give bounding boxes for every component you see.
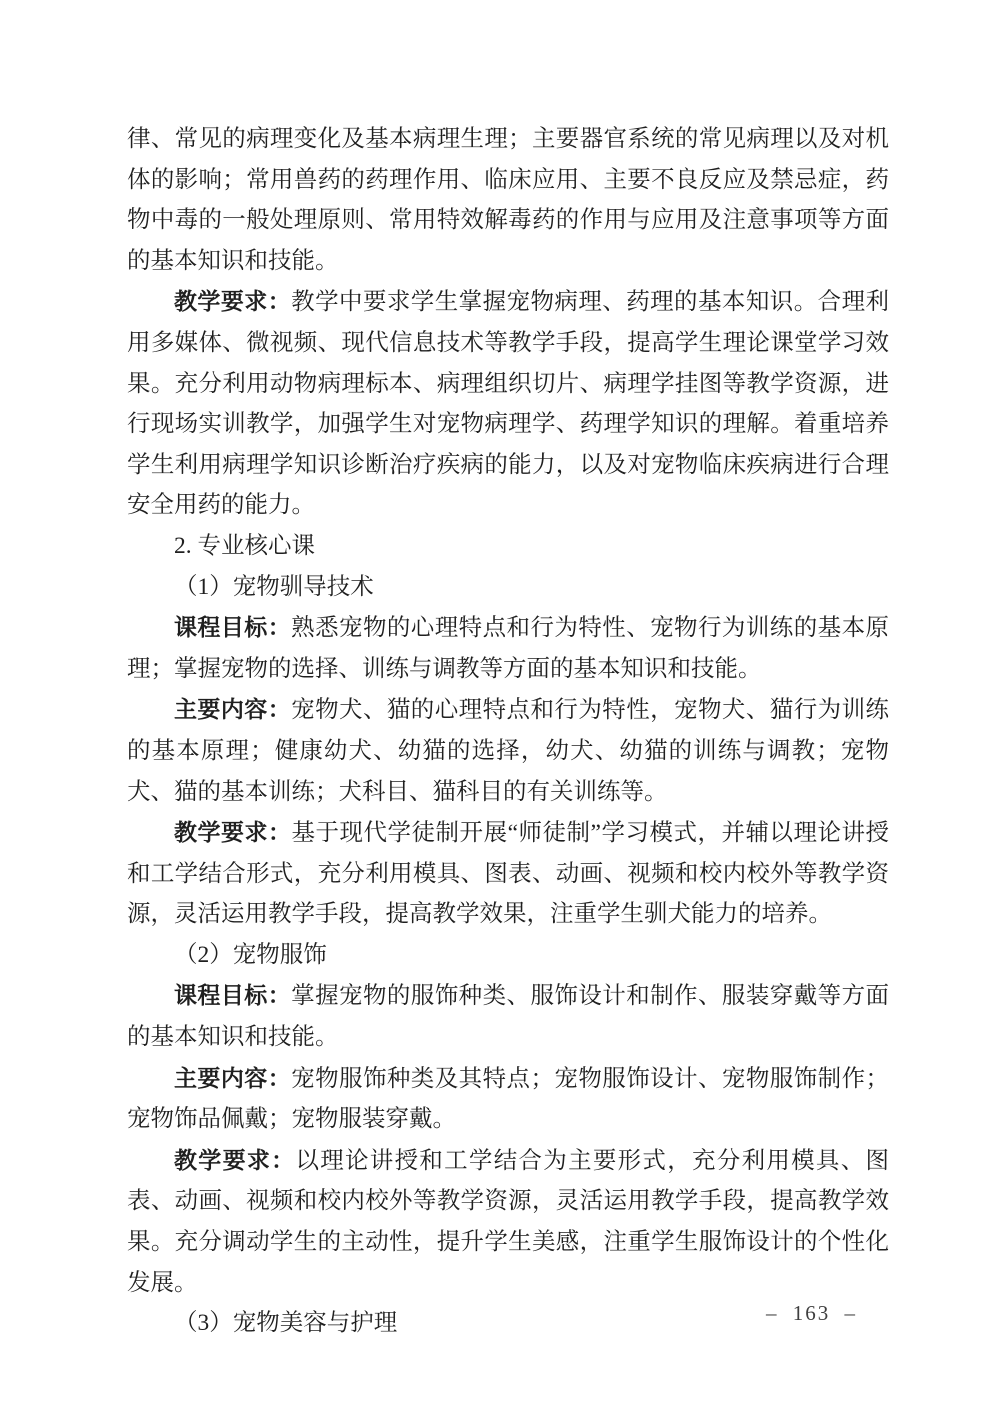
- paragraph: 教学要求：教学中要求学生掌握宠物病理、药理的基本知识。合理利用多媒体、微视频、现…: [127, 281, 889, 526]
- paragraph-label: 课程目标：: [174, 982, 291, 1008]
- paragraph: 2. 专业核心课: [127, 526, 889, 567]
- document-page: 律、常见的病理变化及基本病理生理；主要器官系统的常见病理以及对机体的影响；常用兽…: [0, 0, 1000, 1414]
- paragraph: 课程目标：掌握宠物的服饰种类、服饰设计和制作、服装穿戴等方面的基本知识和技能。: [127, 975, 889, 1057]
- paragraph: 律、常见的病理变化及基本病理生理；主要器官系统的常见病理以及对机体的影响；常用兽…: [127, 119, 889, 281]
- paragraph-text: 2. 专业核心课: [174, 533, 315, 559]
- paragraph: 教学要求：以理论讲授和工学结合为主要形式，充分利用模具、图表、动画、视频和校内校…: [127, 1140, 889, 1303]
- paragraph-text: 律、常见的病理变化及基本病理生理；主要器官系统的常见病理以及对机体的影响；常用兽…: [127, 126, 889, 274]
- paragraph-label: 课程目标：: [174, 614, 291, 640]
- paragraph: （2）宠物服饰: [127, 935, 889, 976]
- paragraph-label: 主要内容：: [174, 1065, 291, 1091]
- paragraph-text: （3）宠物美容与护理: [174, 1310, 397, 1336]
- paragraph-label: 教学要求：: [174, 819, 292, 845]
- paragraph: 教学要求：基于现代学徒制开展“师徒制”学习模式，并辅以理论讲授和工学结合形式，充…: [127, 812, 889, 935]
- paragraph: （1）宠物驯导技术: [127, 567, 889, 608]
- paragraph: 主要内容：宠物服饰种类及其特点；宠物服饰设计、宠物服饰制作；宠物饰品佩戴；宠物服…: [127, 1058, 889, 1140]
- paragraph: 主要内容：宠物犬、猫的心理特点和行为特性，宠物犬、猫行为训练的基本原理；健康幼犬…: [127, 689, 889, 812]
- page-number: – 163 –: [766, 1301, 857, 1326]
- paragraph-text: 教学中要求学生掌握宠物病理、药理的基本知识。合理利用多媒体、微视频、现代信息技术…: [127, 289, 889, 518]
- paragraph: 课程目标：熟悉宠物的心理特点和行为特性、宠物行为训练的基本原理；掌握宠物的选择、…: [127, 607, 889, 689]
- paragraph-text: （2）宠物服饰: [174, 942, 327, 968]
- paragraph-label: 教学要求：: [174, 288, 291, 314]
- paragraph-label: 主要内容：: [174, 696, 291, 722]
- paragraph-text: （1）宠物驯导技术: [174, 574, 374, 600]
- text-block: 律、常见的病理变化及基本病理生理；主要器官系统的常见病理以及对机体的影响；常用兽…: [127, 119, 889, 1344]
- paragraph-label: 教学要求：: [174, 1147, 295, 1173]
